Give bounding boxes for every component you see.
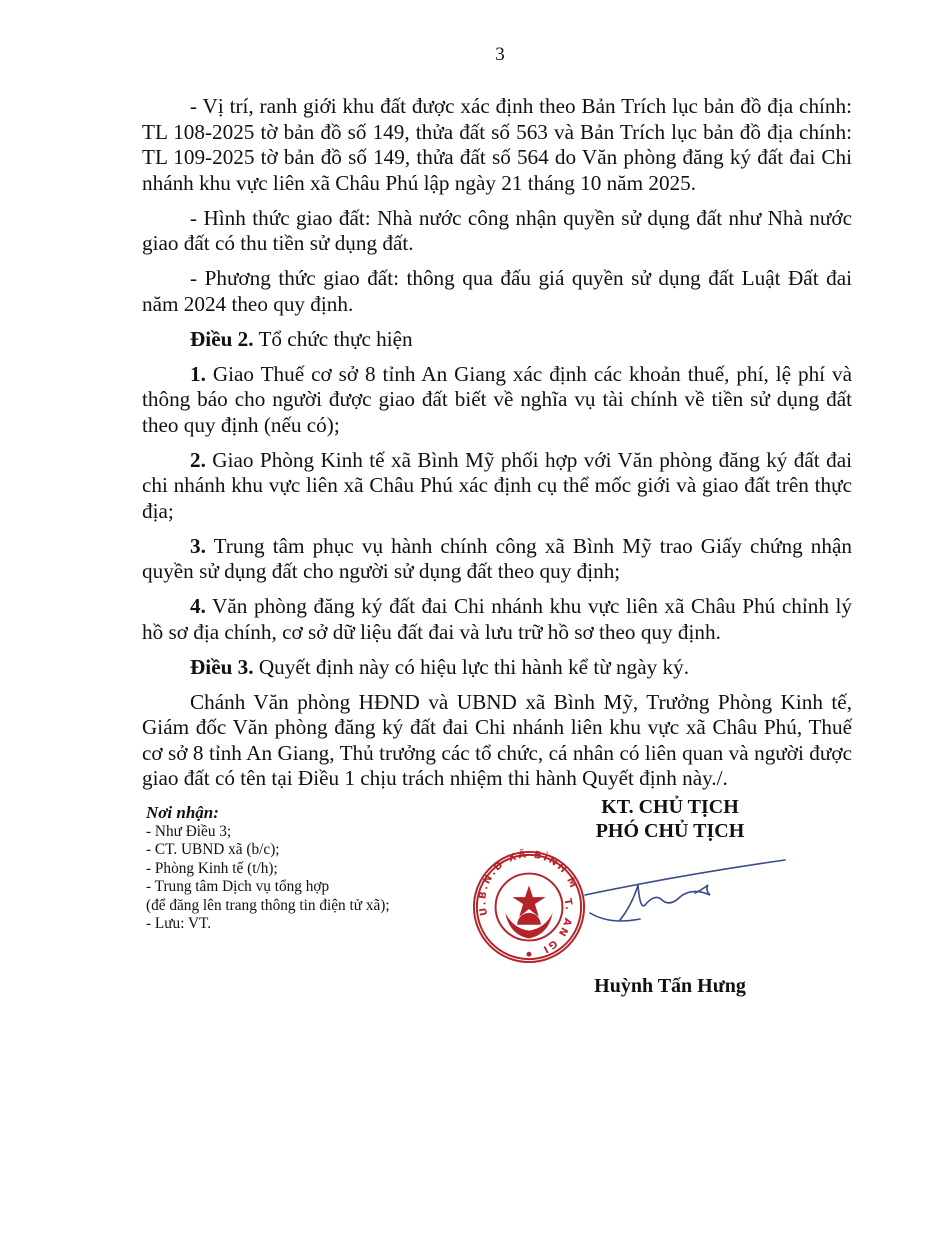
paragraph-text: - Phương thức giao đất: thông qua đấu gi… [142, 266, 852, 316]
item-number: 2. [190, 448, 206, 472]
paragraph-allocation-form: - Hình thức giao đất: Nhà nước công nhận… [142, 206, 852, 257]
paragraph-text: - Vị trí, ranh giới khu đất được xác địn… [142, 94, 852, 195]
signature-title-block: KT. CHỦ TỊCH PHÓ CHỦ TỊCH [560, 795, 780, 843]
recipient-item: (để đăng lên trang thông tin điện tử xã)… [146, 897, 466, 915]
item-text: Giao Phòng Kinh tế xã Bình Mỹ phối hợp v… [142, 448, 852, 523]
article-3-heading: Điều 3. Quyết định này có hiệu lực thi h… [142, 655, 852, 681]
recipient-item: - Trung tâm Dịch vụ tổng hợp [146, 878, 466, 896]
article-number: Điều 2. [190, 327, 254, 351]
paragraph-responsibility: Chánh Văn phòng HĐND và UBND xã Bình Mỹ,… [142, 690, 852, 792]
recipients-block: Nơi nhận: - Như Điều 3; - CT. UBND xã (b… [146, 803, 466, 933]
page-number: 3 [0, 44, 950, 66]
recipients-title: Nơi nhận: [146, 803, 466, 823]
paragraph-location: - Vị trí, ranh giới khu đất được xác địn… [142, 94, 852, 196]
item-number: 1. [190, 362, 206, 386]
official-seal-icon: U.B.N.D XÃ BÌNH MỸ T. AN GIANG [470, 848, 588, 966]
signer-name: Huỳnh Tấn Hưng [560, 975, 780, 998]
recipient-item: - CT. UBND xã (b/c); [146, 841, 466, 859]
signature-title-line2: PHÓ CHỦ TỊCH [560, 819, 780, 843]
recipient-item: - Phòng Kinh tế (t/h); [146, 860, 466, 878]
article-title: Quyết định này có hiệu lực thi hành kể t… [254, 655, 689, 679]
item-text: Trung tâm phục vụ hành chính công xã Bìn… [142, 534, 852, 584]
recipient-item: - Như Điều 3; [146, 823, 466, 841]
document-body: - Vị trí, ranh giới khu đất được xác địn… [142, 94, 852, 801]
item-text: Văn phòng đăng ký đất đai Chi nhánh khu … [142, 594, 852, 644]
item-number: 3. [190, 534, 206, 558]
article-number: Điều 3. [190, 655, 254, 679]
paragraph-text: - Hình thức giao đất: Nhà nước công nhận… [142, 206, 852, 256]
paragraph-text: Chánh Văn phòng HĐND và UBND xã Bình Mỹ,… [142, 690, 852, 791]
article-2-item-1: 1. Giao Thuế cơ sở 8 tỉnh An Giang xác đ… [142, 362, 852, 439]
article-2-item-3: 3. Trung tâm phục vụ hành chính công xã … [142, 534, 852, 585]
item-number: 4. [190, 594, 206, 618]
recipient-item: - Lưu: VT. [146, 915, 466, 933]
article-2-item-4: 4. Văn phòng đăng ký đất đai Chi nhánh k… [142, 594, 852, 645]
signature-title-line1: KT. CHỦ TỊCH [560, 795, 780, 819]
article-title: Tổ chức thực hiện [254, 327, 413, 351]
article-2-heading: Điều 2. Tổ chức thực hiện [142, 327, 852, 353]
item-text: Giao Thuế cơ sở 8 tỉnh An Giang xác định… [142, 362, 852, 437]
article-2-item-2: 2. Giao Phòng Kinh tế xã Bình Mỹ phối hợ… [142, 448, 852, 525]
handwritten-signature-icon [580, 855, 790, 935]
paragraph-allocation-method: - Phương thức giao đất: thông qua đấu gi… [142, 266, 852, 317]
